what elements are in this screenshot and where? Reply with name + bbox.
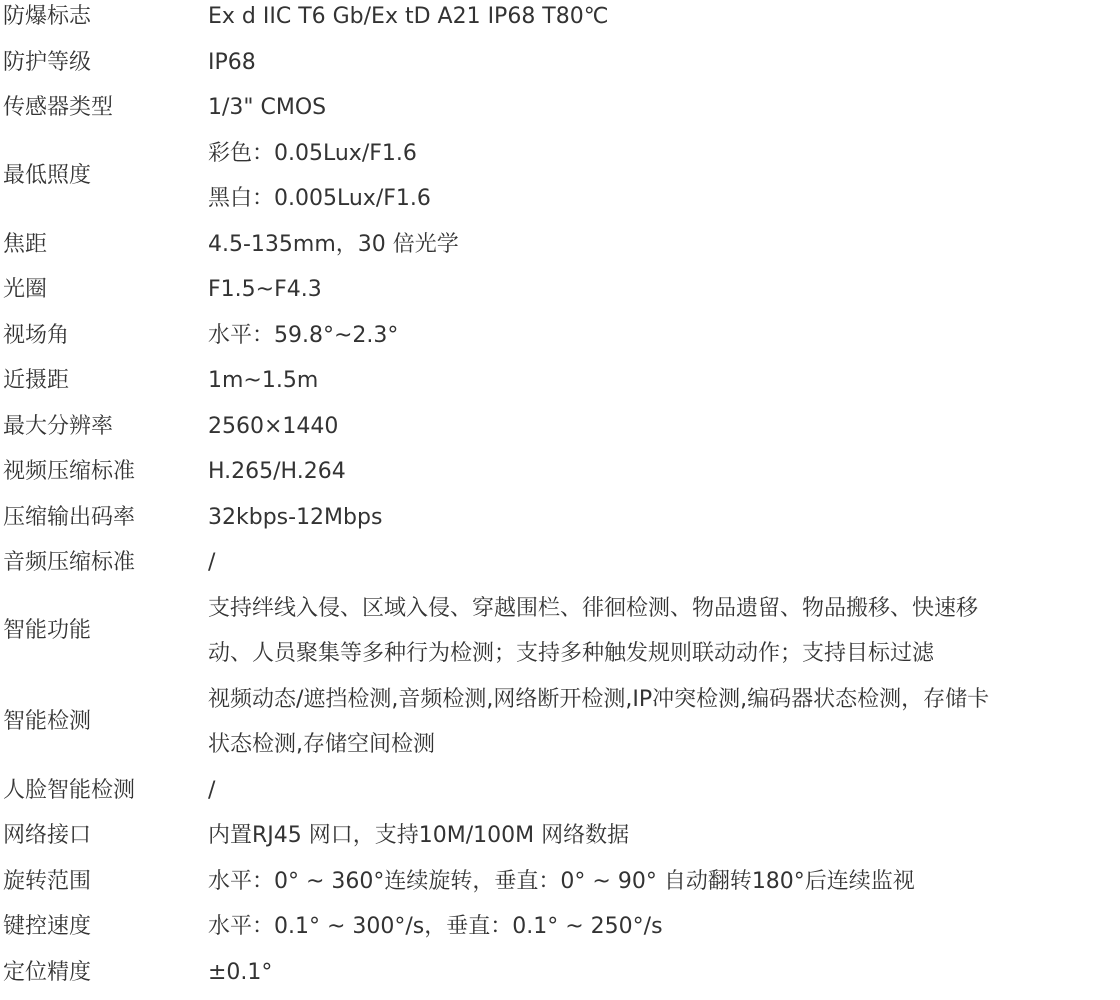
spec-label: 定位精度 xyxy=(3,950,208,996)
spec-value: IP68 xyxy=(208,40,1120,86)
spec-row-audio-compression: 音频压缩标准 / xyxy=(3,540,1120,586)
spec-row-video-compression: 视频压缩标准 H.265/H.264 xyxy=(3,449,1120,495)
spec-value-line-1: 支持绊线入侵、区域入侵、穿越围栏、徘徊检测、物品遗留、物品搬移、快速移 xyxy=(208,586,1120,632)
spec-value: 32kbps-12Mbps xyxy=(208,495,1120,541)
spec-row-network-interface: 网络接口 内置RJ45 网口，支持10M/100M 网络数据 xyxy=(3,813,1120,859)
spec-label: 网络接口 xyxy=(3,813,208,859)
spec-row-rotation-range: 旋转范围 水平：0° ~ 360°连续旋转，垂直：0° ~ 90° 自动翻转18… xyxy=(3,859,1120,905)
spec-value: 2560×1440 xyxy=(208,404,1120,450)
spec-value: ±0.1° xyxy=(208,950,1120,996)
spec-value-line-color: 彩色：0.05Lux/F1.6 xyxy=(208,131,1120,177)
spec-value: 彩色：0.05Lux/F1.6 黑白：0.005Lux/F1.6 xyxy=(208,131,1120,222)
spec-row-min-focus-distance: 近摄距 1m~1.5m xyxy=(3,358,1120,404)
spec-row-face-detection: 人脸智能检测 / xyxy=(3,768,1120,814)
spec-row-focal-length: 焦距 4.5-135mm，30 倍光学 xyxy=(3,222,1120,268)
spec-value-line-2: 动、人员聚集等多种行为检测；支持多种触发规则联动动作；支持目标过滤 xyxy=(208,631,1120,677)
spec-row-positioning-accuracy: 定位精度 ±0.1° xyxy=(3,950,1120,996)
spec-row-protection-level: 防护等级 IP68 xyxy=(3,40,1120,86)
spec-row-explosion-proof-mark: 防爆标志 Ex d IIC T6 Gb/Ex tD A21 IP68 T80℃ xyxy=(3,0,1120,40)
spec-value: 视频动态/遮挡检测,音频检测,网络断开检测,IP冲突检测,编码器状态检测，存储卡… xyxy=(208,677,1120,768)
spec-value: F1.5~F4.3 xyxy=(208,267,1120,313)
spec-label: 人脸智能检测 xyxy=(3,768,208,814)
spec-row-min-illumination: 最低照度 彩色：0.05Lux/F1.6 黑白：0.005Lux/F1.6 xyxy=(3,131,1120,222)
spec-row-smart-detection: 智能检测 视频动态/遮挡检测,音频检测,网络断开检测,IP冲突检测,编码器状态检… xyxy=(3,677,1120,768)
spec-value: Ex d IIC T6 Gb/Ex tD A21 IP68 T80℃ xyxy=(208,0,1120,40)
spec-label: 键控速度 xyxy=(3,904,208,950)
spec-value: 内置RJ45 网口，支持10M/100M 网络数据 xyxy=(208,813,1120,859)
spec-label: 旋转范围 xyxy=(3,859,208,905)
spec-label: 智能检测 xyxy=(3,677,208,768)
spec-table: 防爆标志 Ex d IIC T6 Gb/Ex tD A21 IP68 T80℃ … xyxy=(3,0,1120,995)
spec-value-line-2: 状态检测,存储空间检测 xyxy=(208,722,1120,768)
spec-row-keyboard-speed: 键控速度 水平：0.1° ~ 300°/s，垂直：0.1° ~ 250°/s xyxy=(3,904,1120,950)
spec-row-aperture: 光圈 F1.5~F4.3 xyxy=(3,267,1120,313)
spec-value: 水平：0.1° ~ 300°/s，垂直：0.1° ~ 250°/s xyxy=(208,904,1120,950)
spec-label: 音频压缩标准 xyxy=(3,540,208,586)
spec-value-line-1: 视频动态/遮挡检测,音频检测,网络断开检测,IP冲突检测,编码器状态检测，存储卡 xyxy=(208,677,1120,723)
spec-value: 1/3" CMOS xyxy=(208,85,1120,131)
spec-value: H.265/H.264 xyxy=(208,449,1120,495)
spec-label: 防爆标志 xyxy=(3,0,208,40)
spec-row-smart-functions: 智能功能 支持绊线入侵、区域入侵、穿越围栏、徘徊检测、物品遗留、物品搬移、快速移… xyxy=(3,586,1120,677)
spec-label: 压缩输出码率 xyxy=(3,495,208,541)
spec-value: 水平：0° ~ 360°连续旋转，垂直：0° ~ 90° 自动翻转180°后连续… xyxy=(208,859,1120,905)
spec-row-field-of-view: 视场角 水平：59.8°~2.3° xyxy=(3,313,1120,359)
spec-value: / xyxy=(208,540,1120,586)
spec-row-output-bitrate: 压缩输出码率 32kbps-12Mbps xyxy=(3,495,1120,541)
spec-label: 视频压缩标准 xyxy=(3,449,208,495)
spec-value: / xyxy=(208,768,1120,814)
spec-label: 近摄距 xyxy=(3,358,208,404)
spec-label: 传感器类型 xyxy=(3,85,208,131)
spec-label: 最低照度 xyxy=(3,131,208,222)
spec-label: 最大分辨率 xyxy=(3,404,208,450)
spec-row-sensor-type: 传感器类型 1/3" CMOS xyxy=(3,85,1120,131)
spec-value: 支持绊线入侵、区域入侵、穿越围栏、徘徊检测、物品遗留、物品搬移、快速移 动、人员… xyxy=(208,586,1120,677)
spec-value-line-bw: 黑白：0.005Lux/F1.6 xyxy=(208,176,1120,222)
spec-label: 光圈 xyxy=(3,267,208,313)
spec-label: 智能功能 xyxy=(3,586,208,677)
spec-value: 1m~1.5m xyxy=(208,358,1120,404)
spec-value: 水平：59.8°~2.3° xyxy=(208,313,1120,359)
spec-label: 焦距 xyxy=(3,222,208,268)
spec-label: 防护等级 xyxy=(3,40,208,86)
spec-label: 视场角 xyxy=(3,313,208,359)
spec-row-max-resolution: 最大分辨率 2560×1440 xyxy=(3,404,1120,450)
spec-value: 4.5-135mm，30 倍光学 xyxy=(208,222,1120,268)
